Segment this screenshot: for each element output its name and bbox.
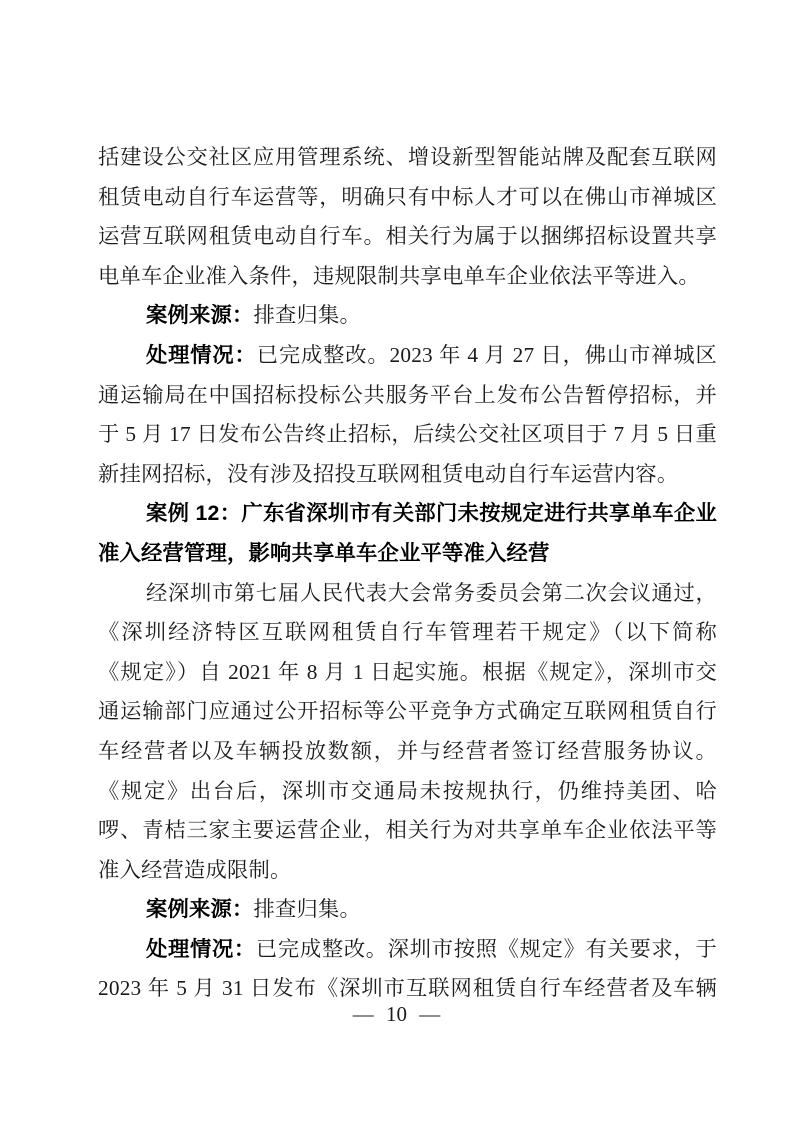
body-text: 租赁电动自行车运营等，明确只有中标人才可以在佛山市禅城区 [98, 185, 717, 209]
case11-desc-line: 运营互联网租赁电动自行车。相关行为属于以捆绑招标设置共享 [98, 217, 717, 257]
document-page: 括建设公交社区应用管理系统、增设新型智能站牌及配套互联网 租赁电动自行车运营等，… [0, 0, 793, 1122]
case12-handling-line: 处理情况：已完成整改。深圳市按照《规定》有关要求，于 [98, 930, 717, 970]
case12-desc-line: 《深圳经济特区互联网租赁自行车管理若干规定》（以下简称 [98, 613, 717, 653]
source-label: 案例来源： [146, 897, 254, 921]
case12-heading-line: 案例 12：广东省深圳市有关部门未按规定进行共享单车企业 [98, 494, 717, 534]
case11-handling-line: 处理情况：已完成整改。2023 年 4 月 27 日，佛山市禅城区交 [98, 336, 717, 376]
body-text: 经深圳市第七届人民代表大会常务委员会第二次会议通过， [146, 581, 717, 605]
case11-handling-line: 于 5 月 17 日发布公告终止招标，后续公交社区项目于 7 月 5 日重 [98, 415, 717, 455]
body-text: 于 5 月 17 日发布公告终止招标，后续公交社区项目于 7 月 5 日重 [98, 422, 717, 446]
case11-handling-line: 新挂网招标，没有涉及招投互联网租赁电动自行车运营内容。 [98, 455, 717, 495]
handling-label: 处理情况： [146, 937, 256, 961]
body-text: 括建设公交社区应用管理系统、增设新型智能站牌及配套互联网 [98, 145, 717, 169]
body-text: 排查归集。 [254, 303, 362, 327]
case11-source-line: 案例来源：排查归集。 [98, 296, 717, 336]
body-text: 《规定》出台后，深圳市交通局未按规执行，仍维持美团、哈 [98, 779, 717, 803]
source-label: 案例来源： [146, 303, 254, 327]
case12-desc-line: 通运输部门应通过公开招标等公平竞争方式确定互联网租赁自行 [98, 692, 717, 732]
body-text: 排查归集。 [254, 897, 362, 921]
body-text: 《规定》）自 2021 年 8 月 1 日起实施。根据《规定》，深圳市交 [98, 660, 717, 684]
case12-desc-line: 经深圳市第七届人民代表大会常务委员会第二次会议通过， [98, 574, 717, 614]
case12-heading-line: 准入经营管理，影响共享单车企业平等准入经营 [98, 534, 717, 574]
case11-desc-line: 电单车企业准入条件，违规限制共享电单车企业依法平等进入。 [98, 257, 717, 297]
case12-source-line: 案例来源：排查归集。 [98, 890, 717, 930]
page-number: — 10 — [353, 1002, 441, 1026]
case12-desc-line: 《规定》出台后，深圳市交通局未按规执行，仍维持美团、哈 [98, 772, 717, 812]
case11-desc-line: 括建设公交社区应用管理系统、增设新型智能站牌及配套互联网 [98, 138, 717, 178]
body-text: 《深圳经济特区互联网租赁自行车管理若干规定》（以下简称 [98, 620, 717, 644]
body-text: 通运输部门应通过公开招标等公平竞争方式确定互联网租赁自行 [98, 699, 717, 723]
case11-desc-line: 租赁电动自行车运营等，明确只有中标人才可以在佛山市禅城区 [98, 178, 717, 218]
page-footer: — 10 — [0, 1002, 793, 1026]
case12-desc-line: 准入经营造成限制。 [98, 851, 717, 891]
body-text: 运营互联网租赁电动自行车。相关行为属于以捆绑招标设置共享 [98, 224, 717, 248]
body-text: 新挂网招标，没有涉及招投互联网租赁电动自行车运营内容。 [98, 462, 678, 486]
body-text: 已完成整改。深圳市按照《规定》有关要求，于 [256, 937, 717, 961]
case12-desc-line: 啰、青桔三家主要运营企业，相关行为对共享单车企业依法平等 [98, 811, 717, 851]
case11-handling-line: 通运输局在中国招标投标公共服务平台上发布公告暂停招标，并 [98, 376, 717, 416]
body-text: 通运输局在中国招标投标公共服务平台上发布公告暂停招标，并 [98, 383, 717, 407]
body-text: 啰、青桔三家主要运营企业，相关行为对共享单车企业依法平等 [98, 818, 717, 842]
heading-text: 案例 12：广东省深圳市有关部门未按规定进行共享单车企业 [146, 501, 717, 525]
case12-desc-line: 《规定》）自 2021 年 8 月 1 日起实施。根据《规定》，深圳市交 [98, 653, 717, 693]
body-text: 车经营者以及车辆投放数额，并与经营者签订经营服务协议。 [98, 739, 717, 763]
handling-label: 处理情况： [146, 343, 257, 367]
case12-desc-line: 车经营者以及车辆投放数额，并与经营者签订经营服务协议。 [98, 732, 717, 772]
page-body-text: 括建设公交社区应用管理系统、增设新型智能站牌及配套互联网 租赁电动自行车运营等，… [98, 138, 717, 1009]
heading-text: 准入经营管理，影响共享单车企业平等准入经营 [98, 541, 549, 565]
body-text: 准入经营造成限制。 [98, 858, 291, 882]
body-text: 电单车企业准入条件，违规限制共享电单车企业依法平等进入。 [98, 264, 700, 288]
